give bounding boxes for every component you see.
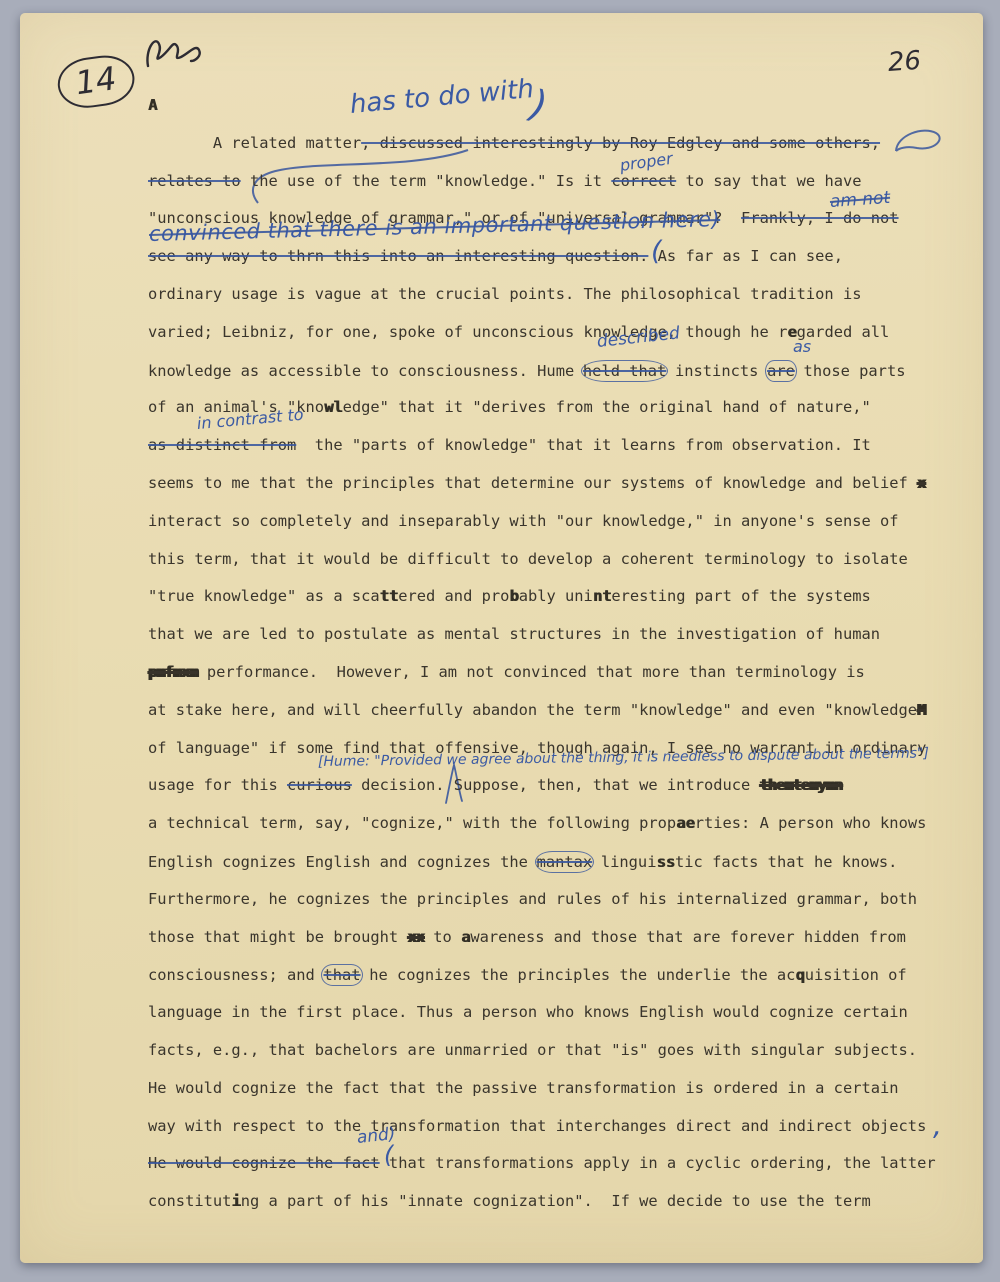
typed-segment: interact so completely and inseparably w… bbox=[148, 512, 899, 530]
typed-segment: ered and pro bbox=[398, 587, 509, 605]
typed-line: this term, that it would be difficult to… bbox=[148, 549, 908, 569]
typed-segment: i bbox=[231, 1192, 240, 1210]
typed-segment: wl bbox=[324, 398, 343, 416]
typed-segment: eresting part of the systems bbox=[611, 587, 870, 605]
typed-line: that we are led to postulate as mental s… bbox=[148, 624, 880, 644]
typed-segment: Furthermore, he cognizes the principles … bbox=[148, 890, 917, 908]
typed-segment: a technical term, say, "cognize," with t… bbox=[148, 814, 676, 832]
typed-segment: are bbox=[765, 360, 797, 382]
typed-segment: see any way to thrn this into an interes… bbox=[148, 247, 648, 265]
typed-segment: held that bbox=[581, 360, 668, 382]
typed-segment: ae bbox=[676, 814, 695, 832]
typed-segment: facts, e.g., that bachelors are unmarrie… bbox=[148, 1041, 917, 1059]
typed-segment: pmfmxm bbox=[148, 663, 198, 681]
typed-line: English cognizes English and cognizes th… bbox=[148, 851, 897, 873]
typed-segment: that we are led to postulate as mental s… bbox=[148, 625, 880, 643]
typed-segment: consciousness; and bbox=[148, 966, 324, 984]
typed-segment: ably uni bbox=[519, 587, 593, 605]
typed-segment: English cognizes English and cognizes th… bbox=[148, 853, 537, 871]
typed-segment: those parts bbox=[794, 362, 905, 380]
typed-segment: this term, that it would be difficult to… bbox=[148, 550, 908, 568]
typed-segment: q bbox=[795, 966, 804, 984]
typed-segment: uisition of bbox=[805, 966, 907, 984]
typed-segment: themtemymn bbox=[760, 776, 843, 794]
typed-segment: ordinary usage is vague at the crucial p… bbox=[148, 285, 861, 303]
typed-segment: ss bbox=[656, 853, 675, 871]
typed-segment: "true knowledge" as a sca bbox=[148, 587, 380, 605]
typed-line: A bbox=[148, 95, 157, 115]
typed-line: facts, e.g., that bachelors are unmarrie… bbox=[148, 1040, 917, 1060]
typed-segment: performance. However, I am not convinced… bbox=[198, 663, 865, 681]
typed-segment: ng a part of his "innate cognization". I… bbox=[241, 1192, 871, 1210]
typed-segment: tic facts that he knows. bbox=[675, 853, 897, 871]
typed-segment: language in the first place. Thus a pers… bbox=[148, 1003, 908, 1021]
insertion-open-paren-that: ( bbox=[384, 1143, 393, 1167]
typed-segment: lingui bbox=[592, 853, 657, 871]
typed-line: language in the first place. Thus a pers… bbox=[148, 1002, 908, 1022]
insertion-open-paren-as-far: ( bbox=[651, 238, 662, 265]
page-number-top-right: 26 bbox=[887, 48, 922, 76]
typed-segment: to bbox=[424, 928, 461, 946]
typed-segment: tt bbox=[380, 587, 399, 605]
typed-segment: as distinct from bbox=[148, 436, 296, 454]
typed-line: He would cognize the fact that the passi… bbox=[148, 1078, 899, 1098]
typed-line: interact so completely and inseparably w… bbox=[148, 511, 899, 531]
typed-segment: As far as I can see, bbox=[648, 247, 843, 265]
insertion-am-not: am not bbox=[829, 190, 890, 211]
typed-segment: the "parts of knowledge" that it learns … bbox=[296, 436, 871, 454]
typed-segment: way with respect to the transformation t… bbox=[148, 1117, 926, 1135]
typed-line: a technical term, say, "cognize," with t… bbox=[148, 813, 926, 833]
typed-segment: rties: A person who knows bbox=[695, 814, 927, 832]
typed-segment: mantax bbox=[535, 851, 595, 873]
typed-line: way with respect to the transformation t… bbox=[148, 1116, 926, 1136]
typed-line: ordinary usage is vague at the crucial p… bbox=[148, 284, 861, 304]
typed-segment: He would cognize the fact bbox=[148, 1154, 380, 1172]
typed-segment: , discussed interestingly by Roy Edgley … bbox=[361, 134, 880, 152]
typed-line: A related matter, discussed interestingl… bbox=[148, 133, 880, 153]
typed-segment: wareness and those that are forever hidd… bbox=[470, 928, 906, 946]
typed-line: He would cognize the fact that transform… bbox=[148, 1153, 936, 1173]
typed-segment: at stake here, and will cheerfully aband… bbox=[148, 701, 917, 719]
typed-line: see any way to thrn this into an interes… bbox=[148, 246, 843, 266]
typed-segment: b bbox=[509, 587, 518, 605]
typed-segment: A bbox=[148, 96, 157, 114]
typed-segment: that transformations apply in a cyclic o… bbox=[380, 1154, 936, 1172]
typed-line: constituting a part of his "innate cogni… bbox=[148, 1191, 871, 1211]
typed-line: seems to me that the principles that det… bbox=[148, 473, 925, 493]
typed-segment: to say that we have bbox=[676, 172, 861, 190]
typed-segment: relates to bbox=[148, 172, 241, 190]
typed-segment: decision. Suppose, then, that we introdu… bbox=[352, 776, 760, 794]
typed-segment: usage for this bbox=[148, 776, 287, 794]
typed-line: pmfmxm performance. However, I am not co… bbox=[148, 662, 865, 682]
typed-line: those that might be brought xx to awaren… bbox=[148, 927, 906, 947]
typed-line: usage for this curious decision. Suppose… bbox=[148, 775, 842, 795]
typed-line: Furthermore, he cognizes the principles … bbox=[148, 889, 917, 909]
typed-segment: those that might be brought bbox=[148, 928, 407, 946]
typed-line: consciousness; and that he cognizes the … bbox=[148, 964, 907, 986]
manuscript-page: A A related matter, discussed interestin… bbox=[0, 0, 1000, 1282]
typed-line: as distinct from the "parts of knowledge… bbox=[148, 435, 871, 455]
typed-line: at stake here, and will cheerfully aband… bbox=[148, 700, 925, 720]
typed-line: relates to the use of the term "knowledg… bbox=[148, 171, 862, 191]
typed-segment: curious bbox=[287, 776, 352, 794]
typed-segment: that bbox=[321, 964, 362, 986]
typed-segment: M bbox=[917, 701, 925, 719]
typed-segment: constitut bbox=[148, 1192, 231, 1210]
typed-line: varied; Leibniz, for one, spoke of uncon… bbox=[148, 322, 889, 342]
typed-segment: A related matter bbox=[148, 134, 361, 152]
typed-segment: seems to me that the principles that det… bbox=[148, 474, 917, 492]
typed-segment: a bbox=[461, 928, 470, 946]
typed-segment: edge" that it "derives from the original… bbox=[343, 398, 871, 416]
typed-segment: varied; Leibniz, for one, spoke of uncon… bbox=[148, 323, 787, 341]
insertion-comma-after-objects: , bbox=[933, 1112, 942, 1140]
typed-segment: he cognizes the principles the underlie … bbox=[360, 966, 796, 984]
typed-segment: knowledge as accessible to consciousness… bbox=[148, 362, 584, 380]
typed-segment: xx bbox=[407, 928, 424, 946]
typed-segment: the use of the term "knowledge." Is it bbox=[241, 172, 612, 190]
typed-segment: Frankly, I do not bbox=[741, 209, 899, 227]
typed-line: knowledge as accessible to consciousness… bbox=[148, 360, 905, 382]
typed-segment: He would cognize the fact that the passi… bbox=[148, 1079, 899, 1097]
typed-segment: x bbox=[917, 474, 925, 492]
insertion-as: as bbox=[793, 339, 811, 355]
typed-segment: nt bbox=[593, 587, 612, 605]
typed-line: "true knowledge" as a scattered and prob… bbox=[148, 586, 871, 606]
typed-segment: instincts bbox=[666, 362, 768, 380]
